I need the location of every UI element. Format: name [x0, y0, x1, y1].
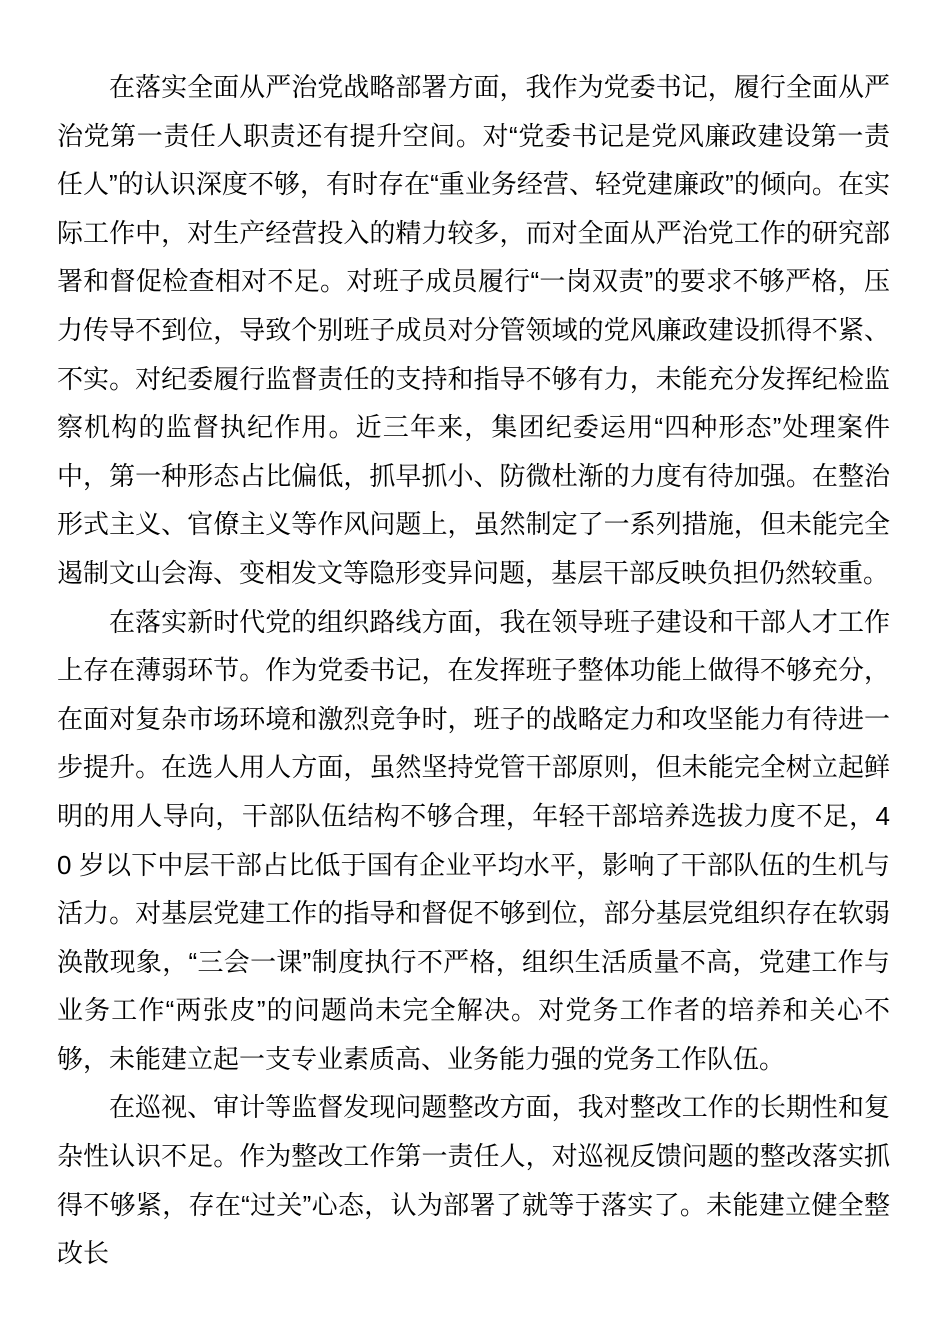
document-page: 在落实全面从严治党战略部署方面，我作为党委书记，履行全面从严治党第一责任人职责还…: [0, 0, 950, 1344]
paragraph-inspection-audit-rectification: 在巡视、审计等监督发现问题整改方面，我对整改工作的长期性和复杂性认识不足。作为整…: [57, 1083, 890, 1277]
paragraph-full-strict-party-governance: 在落实全面从严治党战略部署方面，我作为党委书记，履行全面从严治党第一责任人职责还…: [57, 63, 890, 598]
document-body: 在落实全面从严治党战略部署方面，我作为党委书记，履行全面从严治党第一责任人职责还…: [57, 63, 890, 1278]
paragraph-party-organizational-line: 在落实新时代党的组织路线方面，我在领导班子建设和干部人才工作上存在薄弱环节。作为…: [57, 598, 890, 1084]
